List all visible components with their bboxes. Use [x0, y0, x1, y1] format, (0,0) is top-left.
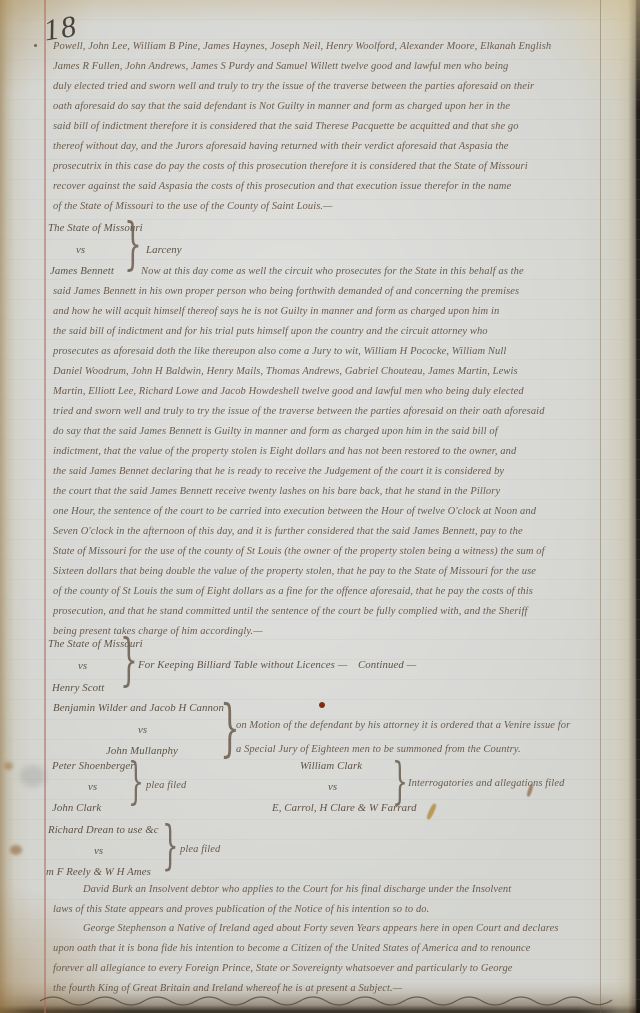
- manuscript-line: and how he will acquit himself thereof s…: [53, 302, 605, 322]
- case-charge-label: For Keeping Billiard Table without Licen…: [138, 655, 347, 675]
- ink-dot: [34, 44, 37, 47]
- case-vs-label: vs: [88, 777, 97, 797]
- case-brace: }: [120, 632, 138, 690]
- manuscript-line: James R Fullen, John Andrews, James S Pu…: [53, 57, 605, 77]
- manuscript-line: the said James Bennet declaring that he …: [53, 462, 605, 482]
- manuscript-line: prosecution, and that he stand committed…: [53, 602, 605, 622]
- entry-pacquette-verdict: Powell, John Lee, William B Pine, James …: [53, 37, 605, 217]
- case-brace: }: [392, 755, 408, 807]
- case-party-defendant: Henry Scott: [52, 678, 104, 698]
- gray-smudge: [20, 765, 46, 787]
- case-vs-label: vs: [94, 841, 103, 861]
- manuscript-line: the court that the said James Bennett re…: [53, 482, 605, 502]
- manuscript-line: George Stephenson a Native of Ireland ag…: [53, 919, 605, 939]
- manuscript-line: upon oath that it is bona fide his inten…: [53, 939, 605, 959]
- case-vs-label: vs: [76, 240, 85, 260]
- manuscript-line: Martin, Elliott Lee, Richard Lowe and Ja…: [53, 382, 605, 402]
- manuscript-line: laws of this State appears and proves pu…: [53, 900, 605, 920]
- court-record-page: 18 Powell, John Lee, William B Pine, Jam…: [0, 0, 640, 1013]
- foxing-spot: [10, 845, 22, 855]
- manuscript-line: Sixteen dollars that being double the va…: [53, 562, 605, 582]
- wavy-end-rule: [40, 992, 625, 1008]
- case-brace: }: [128, 755, 144, 807]
- case-brace: }: [162, 819, 179, 873]
- case-vs-label: vs: [138, 720, 147, 740]
- manuscript-line: indictment, that the value of the proper…: [53, 442, 605, 462]
- manuscript-line: tried and sworn well and truly to try th…: [53, 402, 605, 422]
- case-note: Interrogatories and allegations filed: [408, 774, 564, 794]
- manuscript-line: State of Missouri for the use of the cou…: [53, 542, 605, 562]
- case-continued-label: Continued —: [358, 655, 416, 675]
- case-party-plaintiff: Richard Drean to use &c: [48, 820, 159, 840]
- manuscript-line: Daniel Woodrum, John H Baldwin, Henry Ma…: [53, 362, 605, 382]
- case-charge-label: Larceny: [146, 240, 182, 260]
- case-party-plaintiff: Peter Shoenberger: [52, 756, 135, 776]
- manuscript-line: prosecutrix in this case do pay the cost…: [53, 157, 605, 177]
- manuscript-line: thereof without day, and the Jurors afor…: [53, 137, 605, 157]
- case-vs-label: vs: [78, 656, 87, 676]
- case-party-plaintiff: Benjamin Wilder and Jacob H Cannon: [53, 698, 224, 718]
- manuscript-line: prosecutes as aforesaid doth the like th…: [53, 342, 605, 362]
- ink-spot-stain: [319, 702, 325, 708]
- case-note: plea filed: [146, 776, 186, 796]
- manuscript-line: recover against the said Aspasia the cos…: [53, 177, 605, 197]
- manuscript-line: Now at this day come as well the circuit…: [53, 262, 605, 282]
- manuscript-line: oath aforesaid do say that the said defe…: [53, 97, 605, 117]
- manuscript-line: Seven O'clock in the afternoon of this d…: [53, 522, 605, 542]
- manuscript-line: of the county of St Louis the sum of Eig…: [53, 582, 605, 602]
- case-vs-label: vs: [328, 777, 337, 797]
- entry-stephenson-naturalization: George Stephenson a Native of Ireland ag…: [53, 919, 605, 999]
- manuscript-line: do say that the said James Bennett is Gu…: [53, 422, 605, 442]
- case-note: plea filed: [180, 840, 220, 860]
- case-party-defendant: m F Reely & W H Ames: [46, 862, 151, 882]
- manuscript-line: forever all allegiance to every Foreign …: [53, 959, 605, 979]
- manuscript-line: one Hour, the sentence of the court to b…: [53, 502, 605, 522]
- manuscript-line: said James Bennett in his own proper per…: [53, 282, 605, 302]
- manuscript-line: the said bill of indictment and for his …: [53, 322, 605, 342]
- entry-burk-insolvency: David Burk an Insolvent debtor who appli…: [53, 880, 605, 920]
- court-order-line: on Motion of the defendant by his attorn…: [236, 716, 570, 736]
- manuscript-line: said bill of indictment therefore it is …: [53, 117, 605, 137]
- manuscript-line: Powell, John Lee, William B Pine, James …: [53, 37, 605, 57]
- manuscript-line: duly elected tried and sworn well and tr…: [53, 77, 605, 97]
- yellow-streak-stain: [426, 803, 438, 821]
- foxing-spot: [4, 762, 13, 770]
- case-party-defendant: John Clark: [52, 798, 101, 818]
- case-party-plaintiff: William Clark: [300, 756, 362, 776]
- manuscript-line: David Burk an Insolvent debtor who appli…: [53, 880, 605, 900]
- entry-bennett-body: Now at this day come as well the circuit…: [53, 262, 605, 642]
- court-order-line: a Special Jury of Eighteen men to be sum…: [236, 740, 521, 760]
